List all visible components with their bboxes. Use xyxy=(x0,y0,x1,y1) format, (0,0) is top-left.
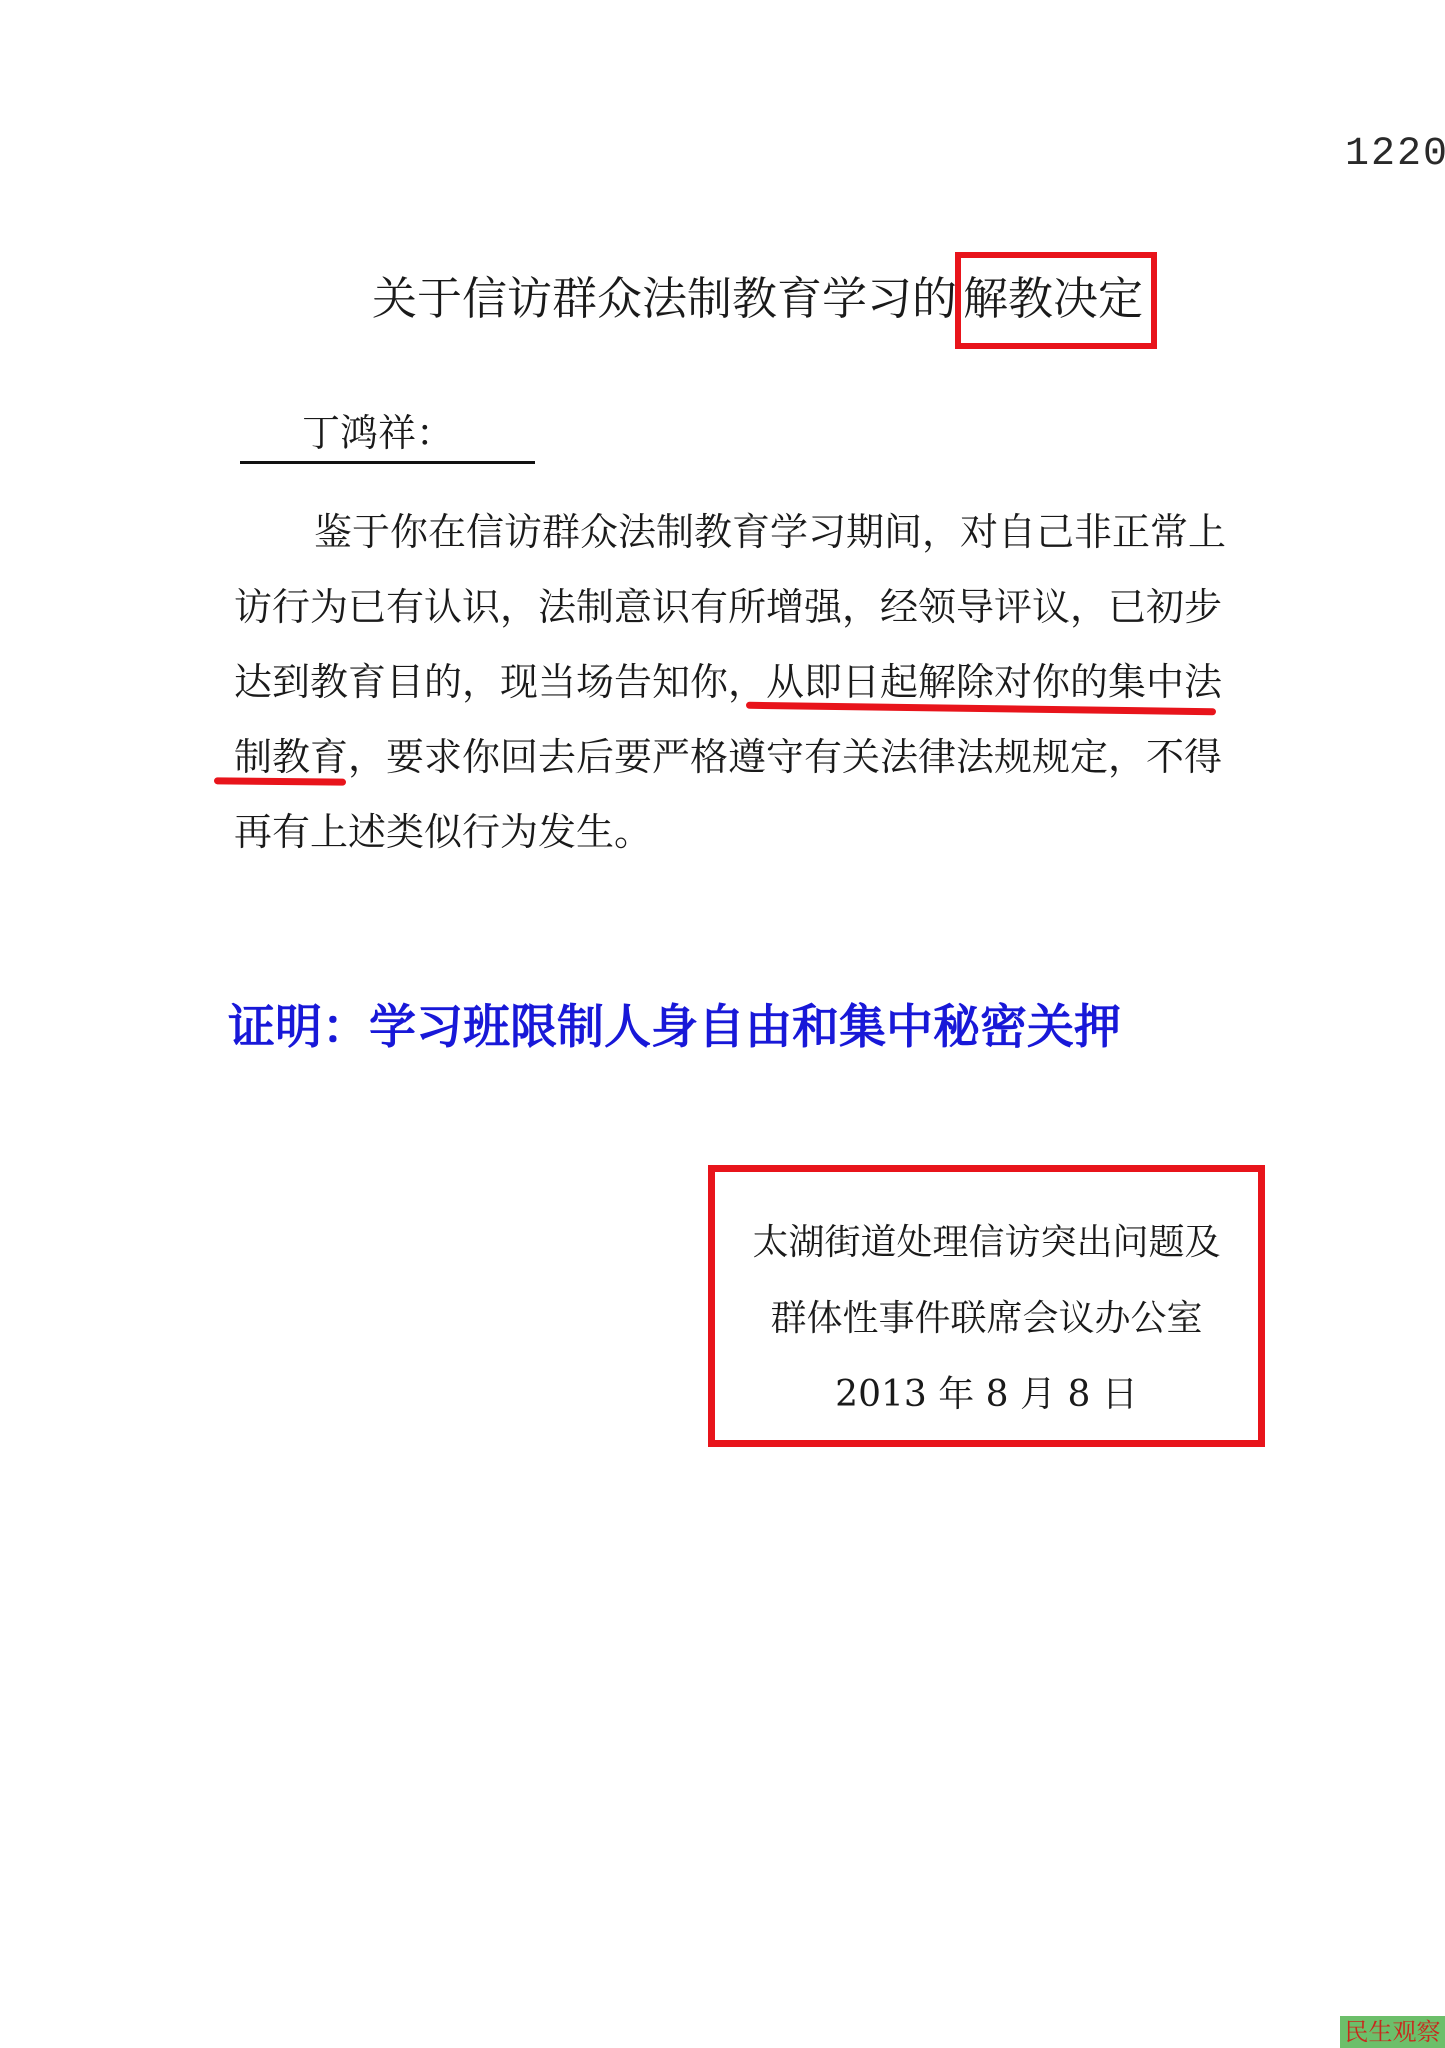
body-line-4: 制教育，要求你回去后要严格遵守有关法律法规规定，不得 xyxy=(234,720,1254,795)
signature-box: 太湖街道处理信访突出问题及 群体性事件联席会议办公室 2013 年 8 月 8 … xyxy=(708,1165,1265,1447)
issuer-line-1: 太湖街道处理信访突出问题及 xyxy=(715,1214,1258,1265)
body-line-5: 再有上述类似行为发生。 xyxy=(234,795,1254,870)
body-line-3: 达到教育目的，现当场告知你，从即日起解除对你的集中法 xyxy=(234,645,1254,720)
title-highlight-text: 解教决定 xyxy=(963,272,1143,325)
annotation-proof: 证明：学习班限制人身自由和集中秘密关押 xyxy=(228,990,1121,1057)
body-line-4-rest: ，要求你回去后要严格遵守有关法律法规规定，不得 xyxy=(348,735,1222,779)
body-line-3-start: 达到教育目的，现当场告知你， xyxy=(234,660,766,704)
title-highlight-box: 解教决定 xyxy=(955,252,1157,349)
underlined-phrase-part-2: 制教育 xyxy=(234,735,348,779)
red-underline-2 xyxy=(214,777,346,785)
issuer-line-2: 群体性事件联席会议办公室 xyxy=(715,1290,1258,1341)
body-paragraph: 鉴于你在信访群众法制教育学习期间，对自己非正常上 访行为已有认识，法制意识有所增… xyxy=(234,495,1254,870)
salutation: 丁鸿祥： xyxy=(240,408,535,464)
title-prefix: 关于信访群众法制教育学习的 xyxy=(372,272,957,325)
page-number: 1220 xyxy=(1345,132,1445,177)
body-line-2: 访行为已有认识，法制意识有所增强，经领导评议，已初步 xyxy=(234,570,1254,645)
watermark-logo: 民生观察 xyxy=(1340,2016,1445,2048)
document-title: 关于信访群众法制教育学习的解教决定 xyxy=(372,252,1157,349)
issue-date: 2013 年 8 月 8 日 xyxy=(715,1366,1258,1417)
underlined-phrase-part-1: 从即日起解除对你的集中法 xyxy=(766,660,1222,704)
body-line-1: 鉴于你在信访群众法制教育学习期间，对自己非正常上 xyxy=(234,495,1254,570)
